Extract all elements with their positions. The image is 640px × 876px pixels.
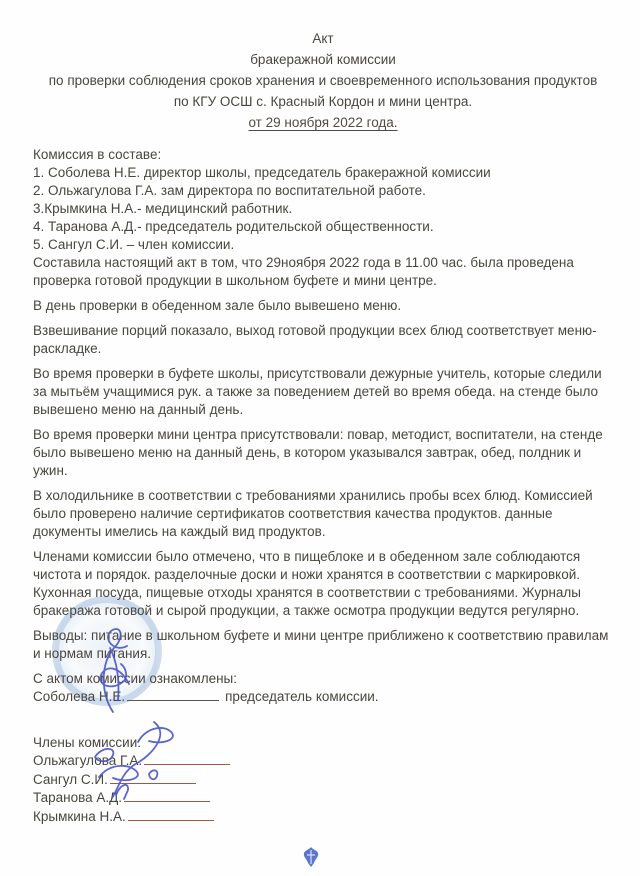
signature-line xyxy=(128,808,214,821)
signer-row: Таранова А.Д. xyxy=(33,789,613,808)
title-line-2: бракеражной комиссии xyxy=(33,49,613,70)
acknowledgement-heading: С актом комиссии ознакомлены: xyxy=(33,670,613,688)
title-block: Акт бракеражной комиссии по проверки соб… xyxy=(33,28,613,133)
signature-line xyxy=(127,688,219,701)
member-item: 1. Соболева Н.Е. директор школы, председ… xyxy=(33,164,613,182)
title-line-3: по проверки соблюдения сроков хранения и… xyxy=(33,70,613,91)
paragraph: Взвешивание порций показало, выход готов… xyxy=(33,322,613,358)
signature-line xyxy=(124,789,210,802)
signer-name: Ольжагулова Г.А. xyxy=(33,753,142,768)
title-line-1: Акт xyxy=(33,28,613,49)
conclusion-paragraph: Выводы: питание в школьном буфете и мини… xyxy=(33,627,613,663)
opening-paragraph: Составила настоящий акт в том, что 29ноя… xyxy=(33,254,613,290)
document-content: Акт бракеражной комиссии по проверки соб… xyxy=(33,28,613,826)
paragraph: Во время проверки в буфете школы, присут… xyxy=(33,365,613,419)
chair-signature-row: Соболева Н.Е.председатель комиссии. xyxy=(33,688,613,706)
member-item: 3.Крымкина Н.А.- медицинский работник. xyxy=(33,200,613,218)
signers-heading: Члены комиссии: xyxy=(33,734,613,752)
paragraph: Во время проверки мини центра присутство… xyxy=(33,426,613,480)
signer-name: Таранова А.Д. xyxy=(33,790,122,805)
signer-row: Крымкина Н.А. xyxy=(33,808,613,827)
composition-heading: Комиссия в составе: xyxy=(33,146,613,164)
bottom-crest-icon xyxy=(301,845,321,869)
member-item: 5. Сангул С.И. – член комиссии. xyxy=(33,236,613,254)
chair-role: председатель комиссии. xyxy=(225,689,378,704)
signature-line xyxy=(110,771,196,784)
signer-name: Крымкина Н.А. xyxy=(33,809,126,824)
scanned-act-document: Акт бракеражной комиссии по проверки соб… xyxy=(0,0,640,876)
signature-line xyxy=(144,752,230,765)
title-line-4: по КГУ ОСШ с. Красный Кордон и мини цент… xyxy=(33,91,613,112)
document-date: от 29 ноября 2022 года. xyxy=(248,115,397,130)
signer-name: Сангул С.И. xyxy=(33,772,108,787)
member-item: 2. Ольжагулова Г.А. зам директора по вос… xyxy=(33,182,613,200)
signer-row: Ольжагулова Г.А. xyxy=(33,752,613,771)
chair-name: Соболева Н.Е. xyxy=(33,689,125,704)
paragraph: В день проверки в обеденном зале было вы… xyxy=(33,297,613,315)
paragraph: В холодильнике в соответствии с требован… xyxy=(33,487,613,541)
member-item: 4. Таранова А.Д.- председатель родительс… xyxy=(33,218,613,236)
signer-row: Сангул С.И. xyxy=(33,771,613,790)
paragraph: Членами комиссии было отмечено, что в пи… xyxy=(33,548,613,620)
date-line-wrap: от 29 ноября 2022 года. xyxy=(33,112,613,133)
